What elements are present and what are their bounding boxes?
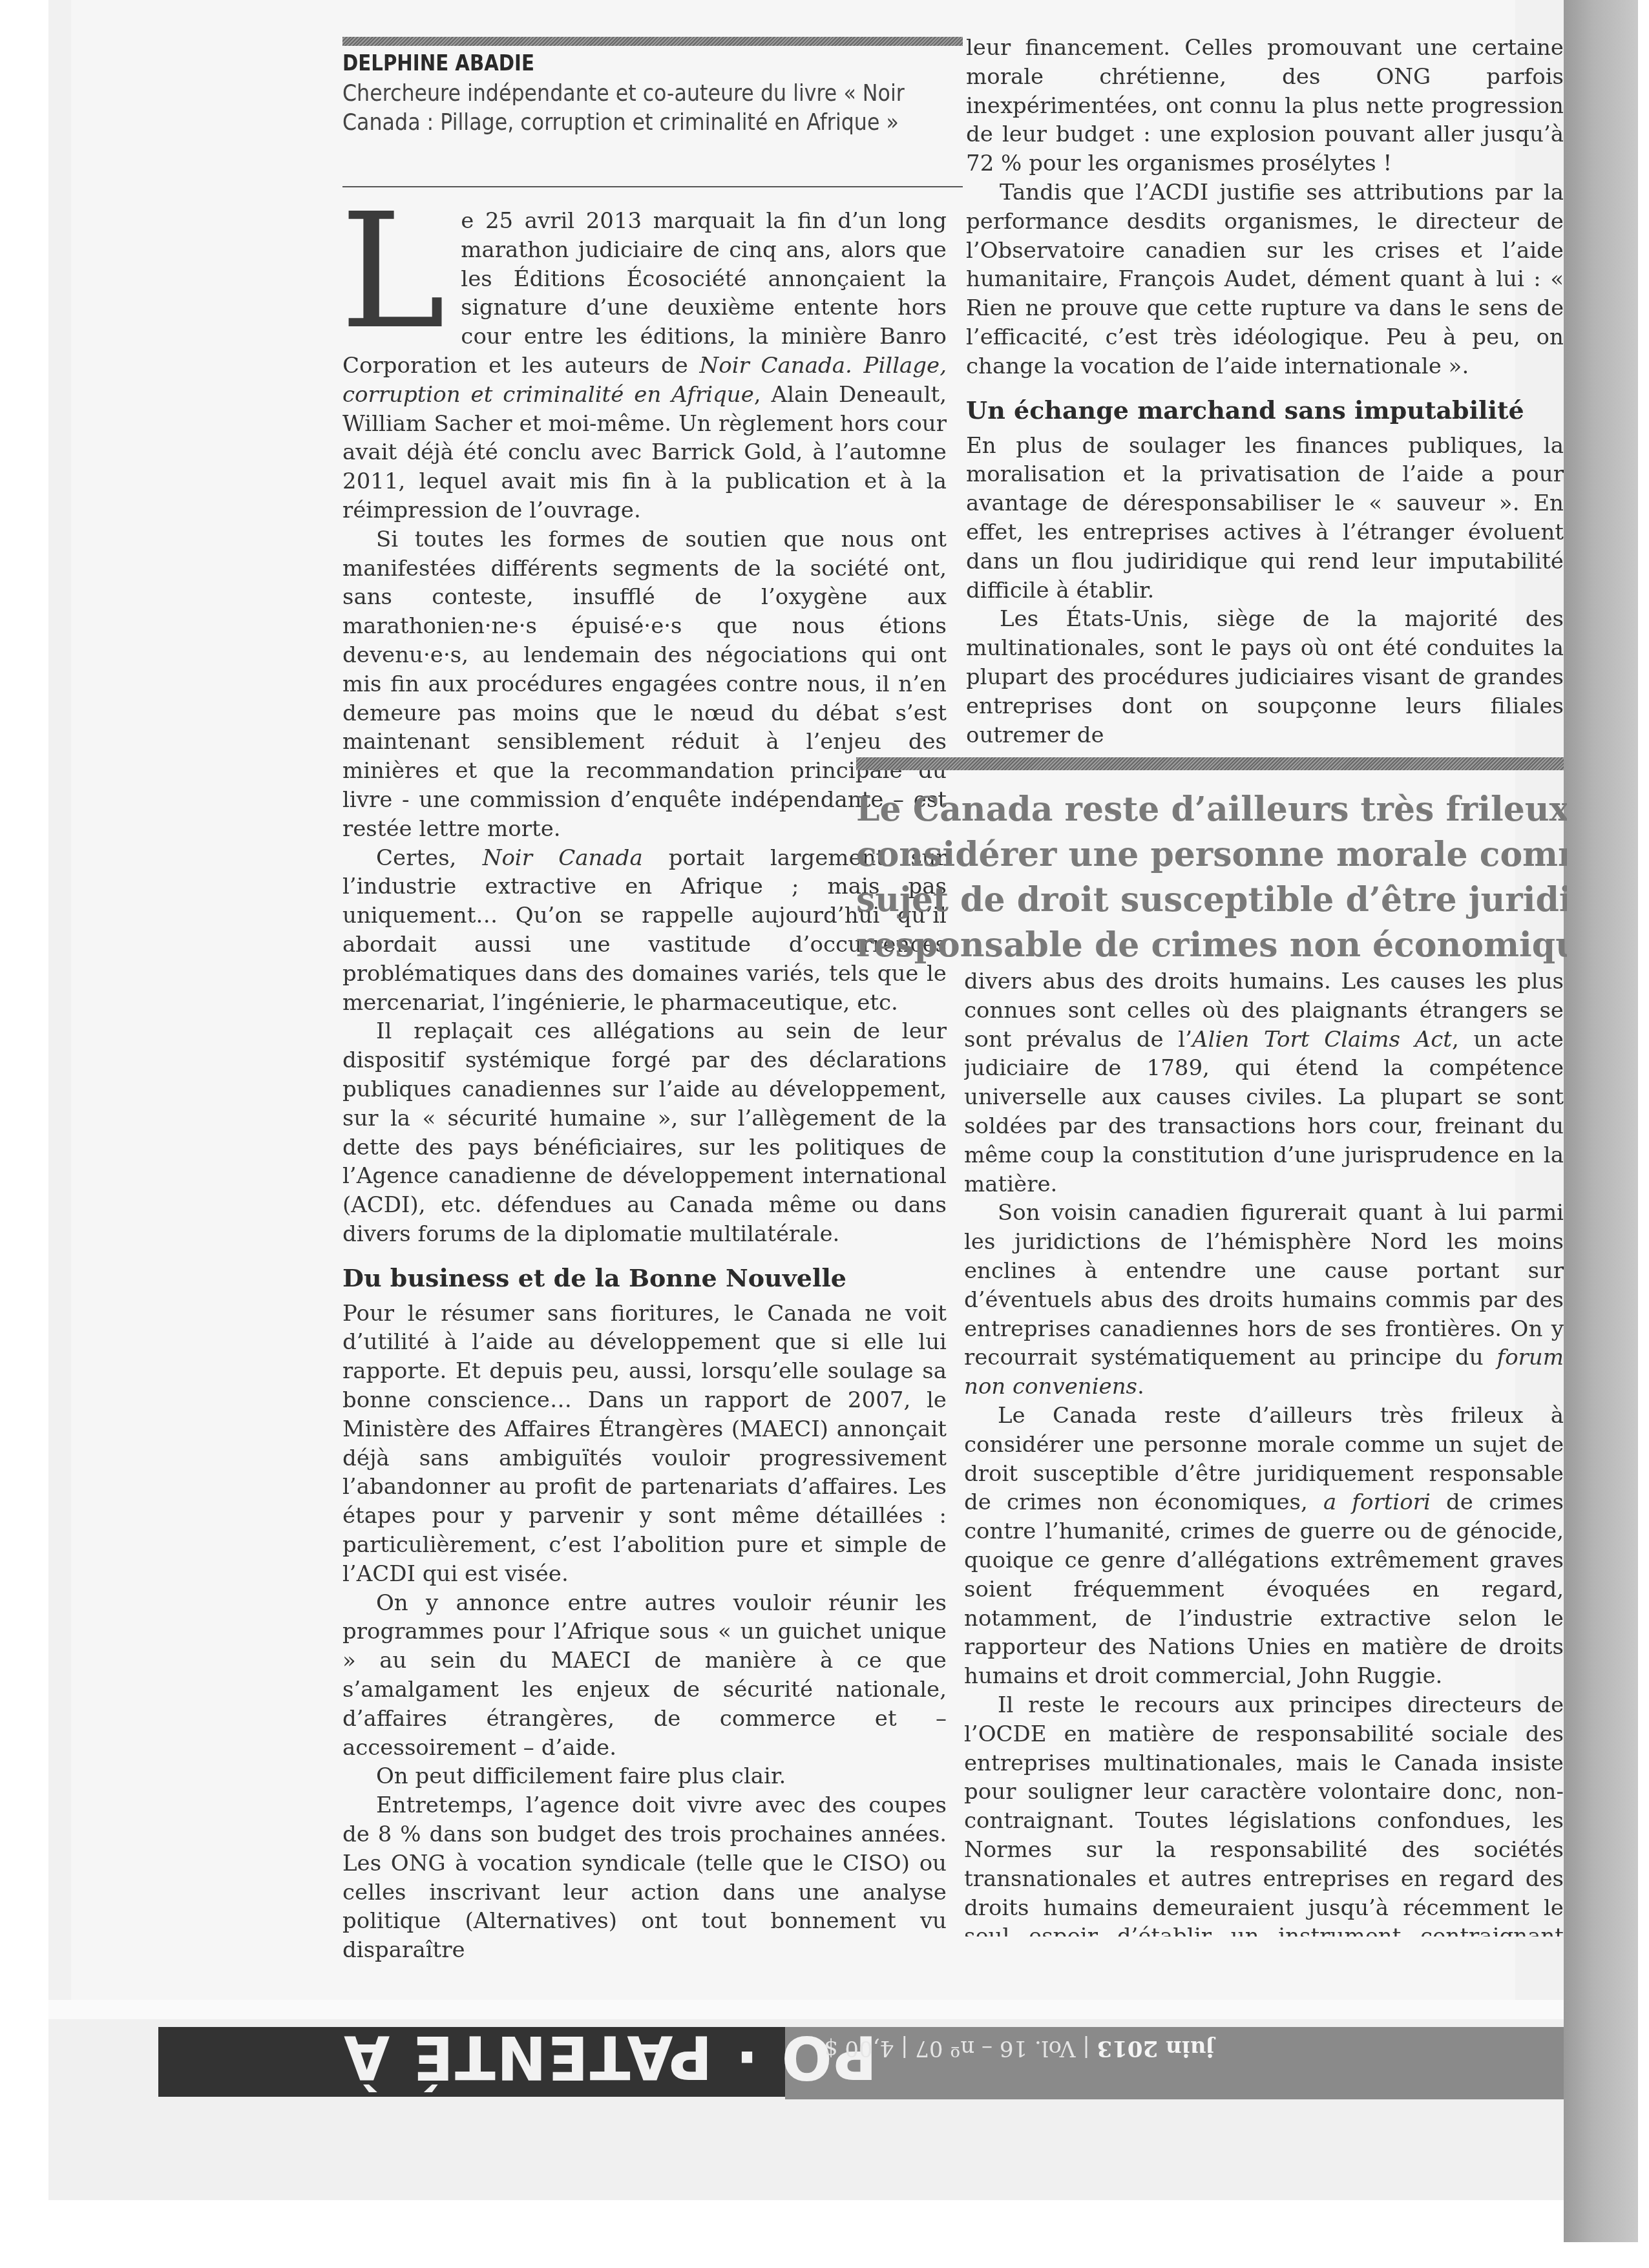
author-name: DELPHINE ABADIE xyxy=(342,50,534,76)
paragraph: Tandis que l’ACDI justifie ses attributi… xyxy=(966,178,1564,381)
paragraph: Les États-Unis, siège de la majorité des… xyxy=(966,605,1564,750)
issue-info: juin 2013 | Vol. 16 – nº 07 | 4,00 $ xyxy=(824,2035,1214,2061)
paragraph: Entretemps, l’agence doit vivre avec des… xyxy=(342,1791,947,1965)
article-left-column: Le 25 avril 2013 marquait la fin d’un lo… xyxy=(342,207,947,1965)
paragraph: Son voisin canadien figurerait quant à l… xyxy=(964,1199,1564,1402)
paragraph: leur financement. Celles promouvant une … xyxy=(966,34,1564,178)
paragraph: On y annonce entre autres vouloir réunir… xyxy=(342,1589,947,1763)
paragraph: Le Canada reste d’ailleurs très frileux … xyxy=(964,1402,1564,1691)
paragraph: Pour le résumer sans fioritures, le Cana… xyxy=(342,1299,947,1589)
author-description: Chercheure indépendante et co-auteure du… xyxy=(342,79,945,137)
masthead-title: PO · PATENTÉ À xyxy=(342,2022,877,2092)
drop-cap: L xyxy=(340,211,445,333)
article-right-column-top: leur financement. Celles promouvant une … xyxy=(966,34,1564,751)
page-fold xyxy=(48,2000,1564,2019)
section-heading: Un échange marchand sans imputabilité xyxy=(966,395,1564,425)
pullquote-rule xyxy=(856,757,1564,770)
pull-quote: Le Canada reste d’ailleurs très frileux … xyxy=(856,787,1567,974)
paragraph: Il reste le recours aux principes direct… xyxy=(964,1691,1564,1937)
byline-top-rule xyxy=(342,37,963,46)
article-right-column-bottom: divers abus des droits humains. Les caus… xyxy=(964,967,1564,1937)
paragraph: En plus de soulager les finances publiqu… xyxy=(966,432,1564,605)
paragraph: On peut difficilement faire plus clair. xyxy=(342,1762,947,1791)
paragraph: Le 25 avril 2013 marquait la fin d’un lo… xyxy=(342,207,947,525)
section-heading: Du business et de la Bonne Nouvelle xyxy=(342,1263,947,1293)
scan-shadow xyxy=(1564,0,1638,2242)
paragraph: divers abus des droits humains. Les caus… xyxy=(964,967,1564,1199)
paragraph: Il replaçait ces allégations au sein de … xyxy=(342,1017,947,1248)
